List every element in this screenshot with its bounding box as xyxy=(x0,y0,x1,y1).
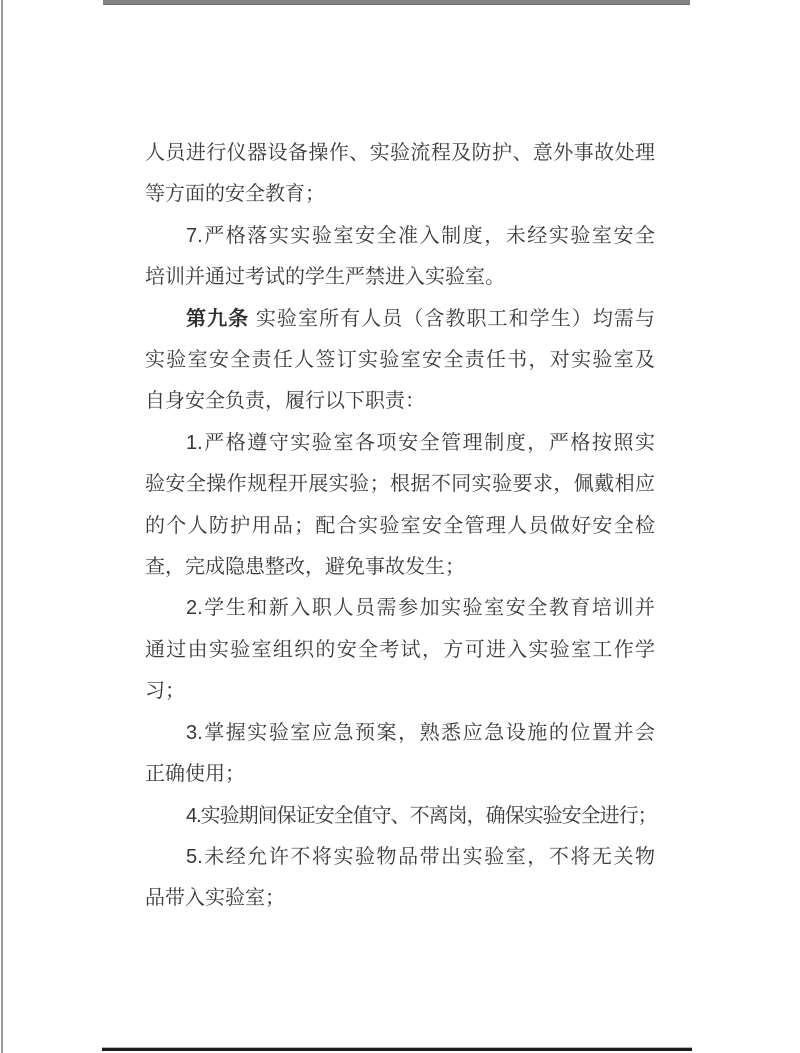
text-line: 的个人防护用品；配合实验室安全管理人员做好安全检 xyxy=(145,506,655,547)
text-line: 验安全操作规程开展实验；根据不同实验要求，佩戴相应 xyxy=(145,464,655,505)
text-line: 等方面的安全教育； xyxy=(145,174,655,215)
text-line: 5.未经允许不将实验物品带出实验室，不将无关物 xyxy=(145,837,655,878)
text-line: 3.掌握实验室应急预案，熟悉应急设施的位置并会 xyxy=(145,713,655,754)
text-line: 培训并通过考试的学生严禁进入实验室。 xyxy=(145,257,655,298)
text-line: 1.严格遵守实验室各项安全管理制度，严格按照实 xyxy=(145,423,655,464)
article-number: 第九条 xyxy=(186,308,249,330)
text-line: 4.实验期间保证安全值守、不离岗，确保实验安全进行； xyxy=(145,796,655,837)
text-line: 实验室安全责任人签订实验室安全责任书，对实验室及 xyxy=(145,340,655,381)
text-line: 2.学生和新入职人员需参加实验室安全教育培训并 xyxy=(145,588,655,629)
text-line: 第九条 实验室所有人员（含教职工和学生）均需与 xyxy=(145,299,655,340)
document-page: { "page": { "background_color": "#ffffff… xyxy=(0,0,800,1053)
text-line: 自身安全负责，履行以下职责： xyxy=(145,381,655,422)
text-line: 查，完成隐患整改，避免事故发生； xyxy=(145,547,655,588)
page-top-edge xyxy=(103,0,690,5)
page-left-edge xyxy=(1,0,3,1053)
text-line: 习； xyxy=(145,671,655,712)
document-body: 人员进行仪器设备操作、实验流程及防护、意外事故处理等方面的安全教育；7.严格落实… xyxy=(145,133,655,920)
text-line: 7.严格落实实验室安全准入制度，未经实验室安全 xyxy=(145,216,655,257)
text-line: 品带入实验室； xyxy=(145,878,655,919)
text-line: 人员进行仪器设备操作、实验流程及防护、意外事故处理 xyxy=(145,133,655,174)
text-line: 通过由实验室组织的安全考试，方可进入实验室工作学 xyxy=(145,630,655,671)
text-line: 正确使用； xyxy=(145,754,655,795)
page-bottom-rule xyxy=(102,1048,692,1051)
